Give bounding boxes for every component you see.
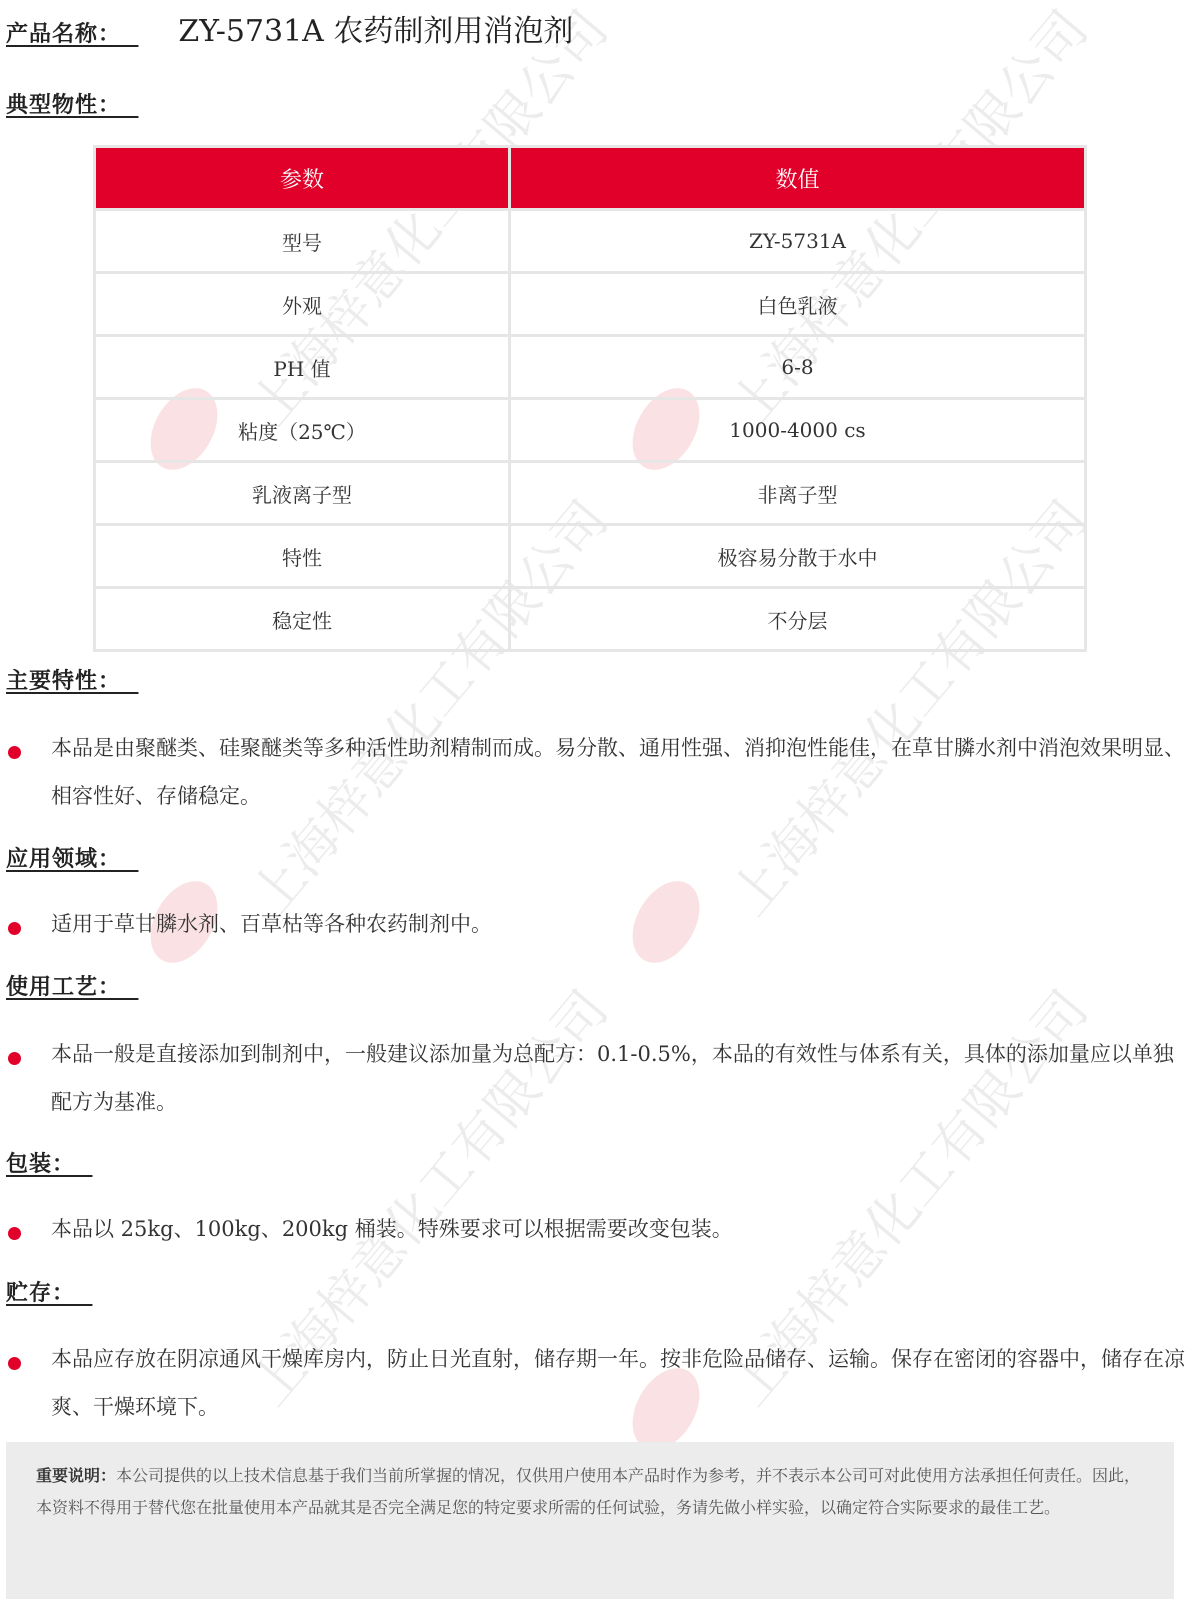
table-row: PH 值6-8: [95, 336, 1086, 399]
bullet-icon: [8, 746, 21, 759]
table-row: 型号ZY-5731A: [95, 210, 1086, 273]
important-note: 重要说明：本公司提供的以上技术信息基于我们当前所掌握的情况，仅供用户使用本产品时…: [6, 1442, 1174, 1599]
param-cell: 型号: [95, 210, 510, 273]
packaging-heading: 包装：: [6, 1147, 92, 1178]
product-title: ZY-5731A 农药制剂用消泡剂: [178, 6, 573, 50]
value-cell: ZY-5731A: [510, 210, 1086, 273]
features-text: 本品是由聚醚类、硅聚醚类等多种活性助剂精制而成。易分散、通用性强、消抑泡性能佳，…: [51, 724, 1190, 820]
properties-table: 参数 数值 型号ZY-5731A 外观白色乳液 PH 值6-8 粘度（25℃）1…: [93, 145, 1087, 652]
table-row: 特性极容易分散于水中: [95, 525, 1086, 588]
value-cell: 6-8: [510, 336, 1086, 399]
value-cell: 白色乳液: [510, 273, 1086, 336]
list-item: 本品是由聚醚类、硅聚醚类等多种活性助剂精制而成。易分散、通用性强、消抑泡性能佳，…: [0, 736, 1190, 820]
bullet-icon: [8, 1052, 21, 1065]
table-row: 粘度（25℃）1000-4000 cs: [95, 399, 1086, 462]
bullet-icon: [8, 922, 21, 935]
value-cell: 极容易分散于水中: [510, 525, 1086, 588]
param-cell: 稳定性: [95, 588, 510, 651]
note-label: 重要说明：: [36, 1466, 116, 1485]
list-item: 本品以 25kg、100kg、200kg 桶装。特殊要求可以根据需要改变包装。: [0, 1217, 1190, 1253]
packaging-text: 本品以 25kg、100kg、200kg 桶装。特殊要求可以根据需要改变包装。: [51, 1205, 733, 1253]
title-row: 产品名称： ZY-5731A 农药制剂用消泡剂: [6, 6, 573, 50]
usage-text: 本品一般是直接添加到制剂中，一般建议添加量为总配方：0.1-0.5%，本品的有效…: [51, 1030, 1190, 1126]
param-cell: 粘度（25℃）: [95, 399, 510, 462]
application-heading: 应用领域：: [6, 842, 138, 873]
product-name-label: 产品名称：: [6, 17, 138, 48]
table-row: 乳液离子型非离子型: [95, 462, 1086, 525]
param-cell: 外观: [95, 273, 510, 336]
param-cell: 乳液离子型: [95, 462, 510, 525]
value-cell: 不分层: [510, 588, 1086, 651]
table-row: 稳定性不分层: [95, 588, 1086, 651]
list-item: 适用于草甘膦水剂、百草枯等各种农药制剂中。: [0, 912, 1190, 948]
usage-heading: 使用工艺：: [6, 970, 138, 1001]
list-item: 本品一般是直接添加到制剂中，一般建议添加量为总配方：0.1-0.5%，本品的有效…: [0, 1042, 1190, 1126]
bullet-icon: [8, 1357, 21, 1370]
table-row: 外观白色乳液: [95, 273, 1086, 336]
storage-heading: 贮存：: [6, 1276, 92, 1307]
column-header: 参数: [95, 147, 510, 210]
value-cell: 非离子型: [510, 462, 1086, 525]
bullet-icon: [8, 1227, 21, 1240]
features-heading: 主要特性：: [6, 664, 138, 695]
storage-text: 本品应存放在阴凉通风干燥库房内，防止日光直射，储存期一年。按非危险品储存、运输。…: [51, 1335, 1190, 1431]
param-cell: 特性: [95, 525, 510, 588]
application-text: 适用于草甘膦水剂、百草枯等各种农药制剂中。: [51, 900, 492, 948]
note-text: 本公司提供的以上技术信息基于我们当前所掌握的情况，仅供用户使用本产品时作为参考，…: [36, 1466, 1140, 1517]
param-cell: PH 值: [95, 336, 510, 399]
properties-heading: 典型物性：: [6, 88, 138, 119]
list-item: 本品应存放在阴凉通风干燥库房内，防止日光直射，储存期一年。按非危险品储存、运输。…: [0, 1347, 1190, 1431]
value-cell: 1000-4000 cs: [510, 399, 1086, 462]
column-header: 数值: [510, 147, 1086, 210]
